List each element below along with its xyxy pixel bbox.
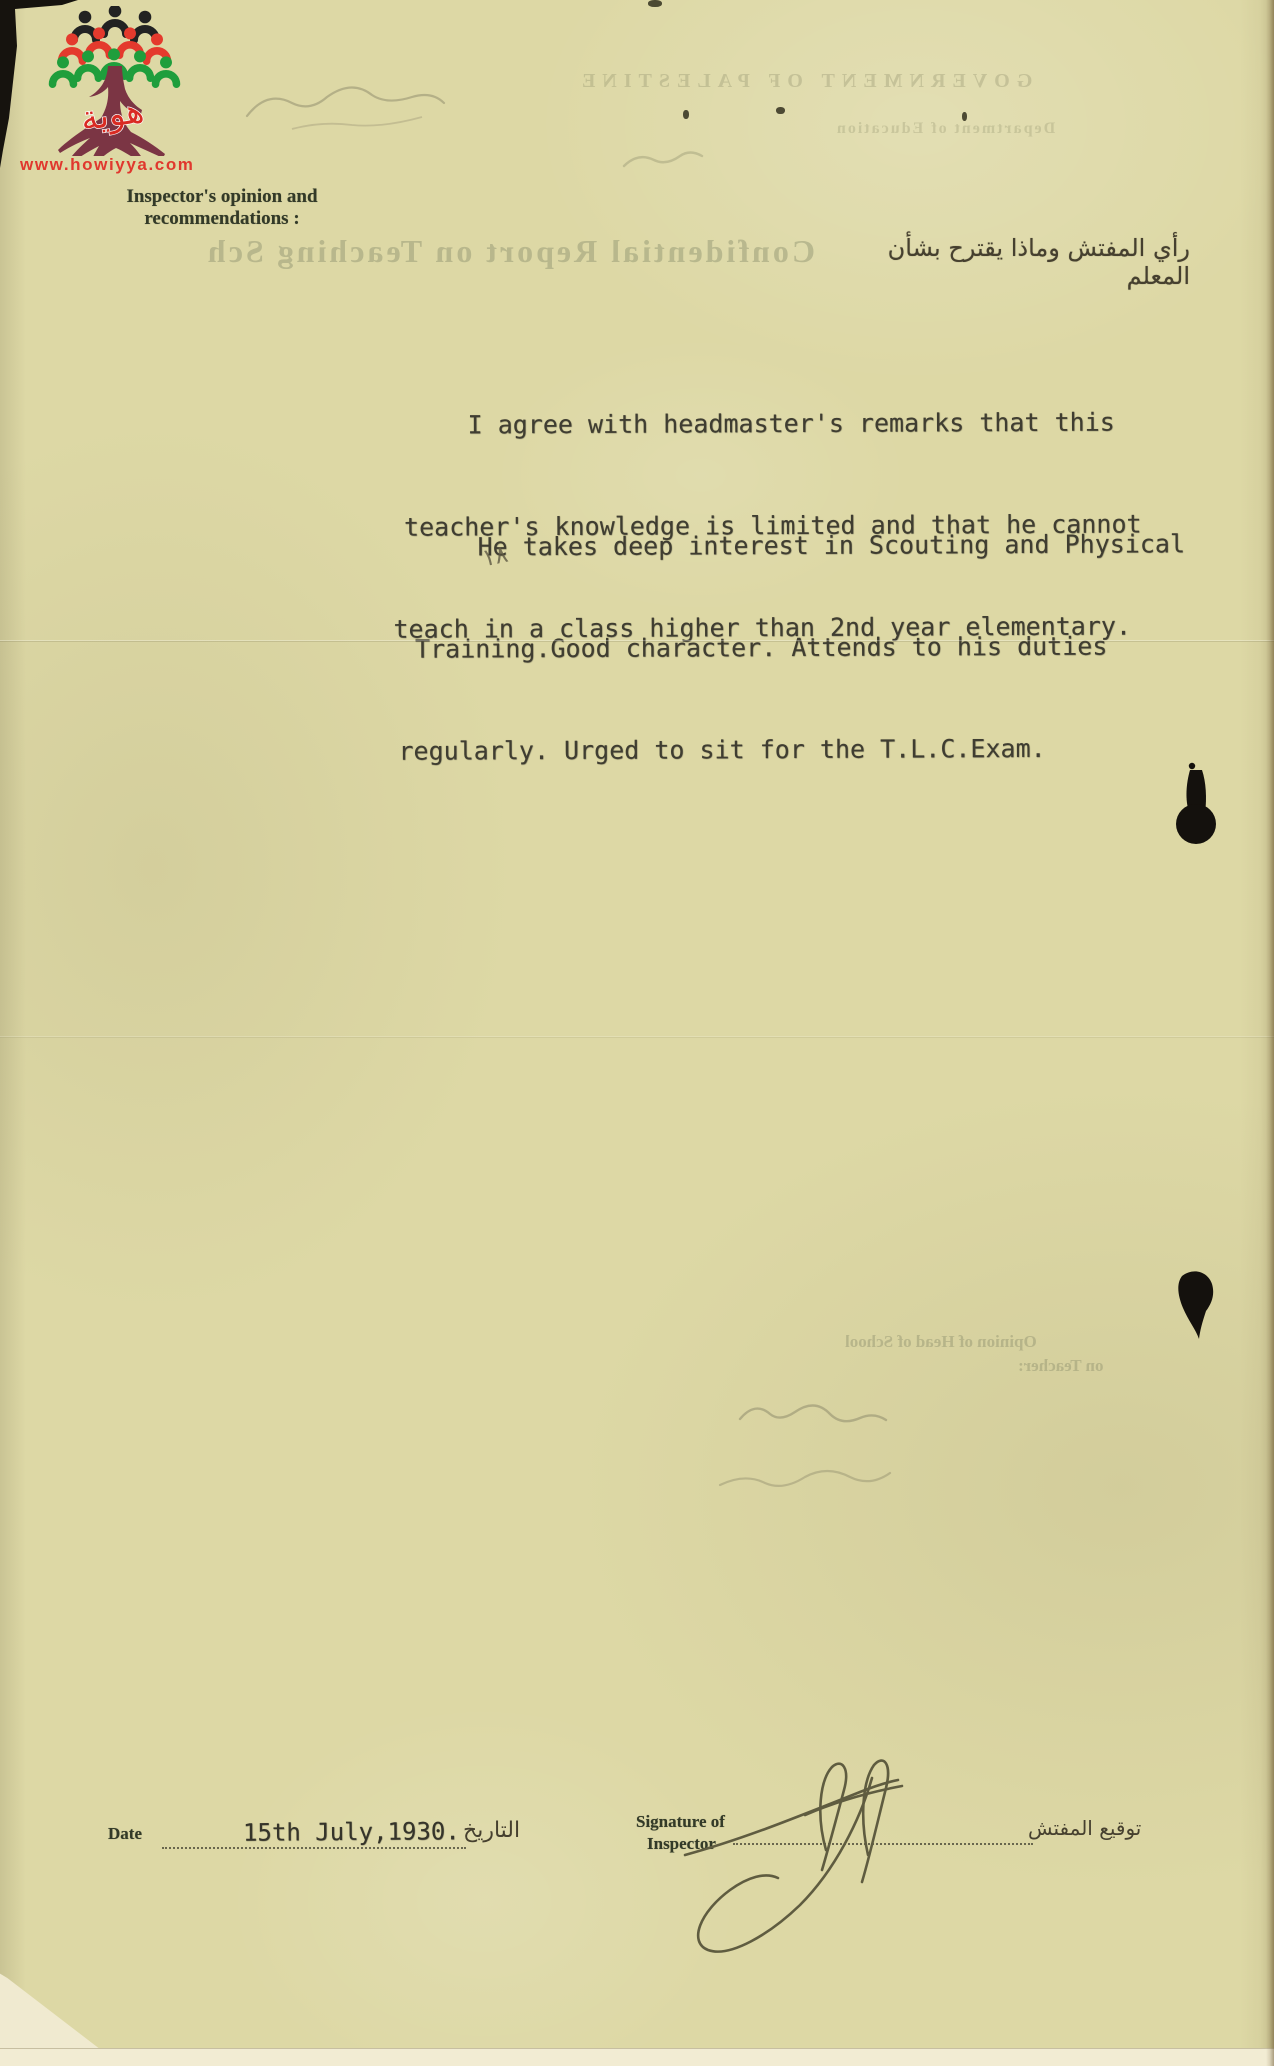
ghost-opinion-head-line1: Opinion of Head of School: [845, 1332, 1037, 1352]
underlying-page-edge: [0, 2048, 1274, 2066]
page-right-edge-shadow: [1266, 0, 1274, 2066]
remarks-line: Training.Good character. Attends to his …: [390, 629, 1190, 666]
ghost-opinion-head-line2: on Teacher:: [1018, 1356, 1103, 1376]
ink-blot-bottom: [1174, 1266, 1218, 1348]
pencil-note: ١٨: [479, 540, 510, 573]
howiyya-tree-logo: هوية: [48, 6, 182, 156]
ghost-government-line: GOVERNMENT OF PALESTINE: [575, 70, 1032, 93]
date-label-arabic: التاريخ: [463, 1818, 520, 1843]
paper-speck: [648, 0, 662, 7]
logo-calligraphy: هوية: [78, 91, 146, 139]
inspector-signature: [630, 1720, 960, 1970]
date-rule: [162, 1847, 466, 1849]
remarks-line: regularly. Urged to sit for the T.L.C.Ex…: [390, 731, 1190, 768]
inspector-opinion-label: Inspector's opinion and recommendations …: [100, 186, 344, 231]
pencil-scribble: [232, 74, 462, 146]
ghost-arabic-handwriting: [700, 1385, 1000, 1515]
paper-speck: [683, 110, 689, 119]
date-label: Date: [108, 1824, 142, 1844]
signature-label-arabic: توقيع المفتش: [1028, 1816, 1141, 1840]
ghost-number-scribble: [612, 140, 712, 180]
remarks-line: I agree with headmaster's remarks that t…: [389, 405, 1189, 442]
inspector-opinion-label-line1: Inspector's opinion and: [100, 186, 344, 208]
date-value: 15th July,1930.: [243, 1817, 460, 1847]
paper-speck: [776, 107, 785, 114]
inspector-opinion-label-line2: recommendations :: [100, 208, 344, 230]
inspector-opinion-label-arabic: رأي المفتش وماذا يقترح بشأن المعلم: [858, 234, 1190, 290]
paper-crease: [0, 1037, 1274, 1038]
ghost-report-title: Confidential Report on Teaching Sch: [205, 233, 815, 270]
ink-blot-top: [1172, 760, 1220, 852]
remarks-paragraph-2: He takes deep interest in Scouting and P…: [389, 459, 1191, 836]
watermark-url: www.howiyya.com: [20, 155, 195, 175]
ghost-department-line: Department of Education: [835, 120, 1055, 138]
remarks-line: He takes deep interest in Scouting and P…: [389, 527, 1189, 564]
paper-crease: [0, 641, 1274, 642]
scanned-document-page: هوية www.howiyya.com GOVERNMENT OF PALES…: [0, 0, 1274, 2066]
